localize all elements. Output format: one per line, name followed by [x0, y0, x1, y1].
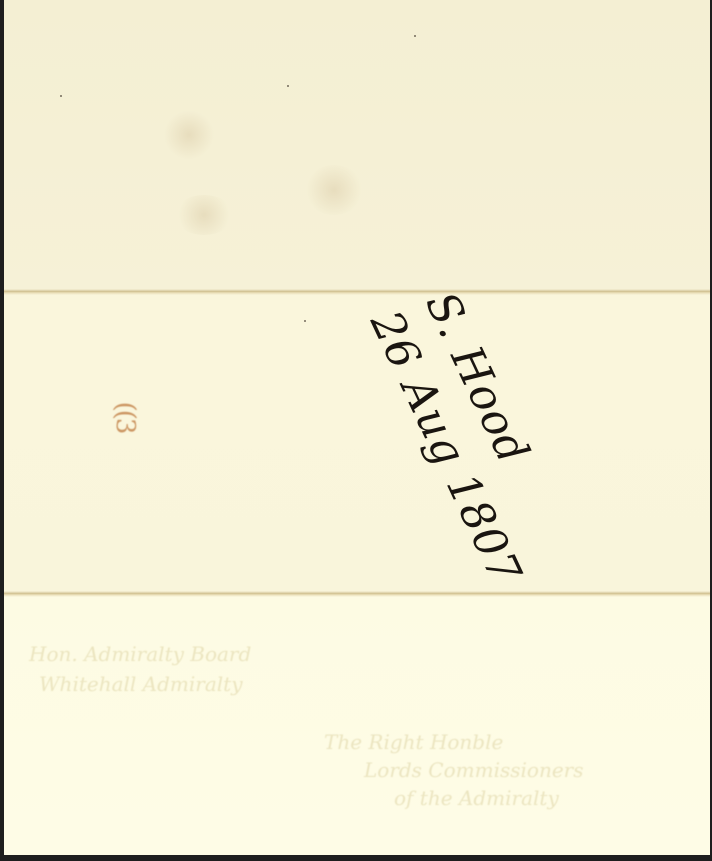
paper-stain	[174, 195, 234, 235]
bleed-through-text: Hon. Admiralty Board	[29, 642, 251, 666]
ink-speck	[287, 85, 289, 87]
fold-line-upper	[4, 289, 710, 295]
bleed-through-text: of the Admiralty	[394, 786, 559, 810]
document-scan: ((3 S. Hood 26 Aug 1807 Hon. Admiralty B…	[0, 0, 712, 861]
fold-line-lower	[4, 591, 710, 597]
paper-panel-bottom	[4, 595, 710, 855]
letter-paper: ((3 S. Hood 26 Aug 1807 Hon. Admiralty B…	[4, 0, 710, 855]
ink-speck	[414, 35, 416, 37]
paper-stain	[164, 110, 214, 160]
bleed-through-text: Whitehall Admiralty	[39, 672, 243, 696]
bleed-through-text: The Right Honble	[324, 730, 503, 754]
paper-panel-top	[4, 0, 710, 292]
ink-speck	[304, 320, 306, 322]
postal-stamp-mark: ((3	[100, 394, 150, 440]
ink-speck	[60, 95, 62, 97]
bleed-through-text: Lords Commissioners	[364, 758, 583, 782]
paper-panel-middle	[4, 292, 710, 595]
paper-stain	[304, 165, 364, 215]
